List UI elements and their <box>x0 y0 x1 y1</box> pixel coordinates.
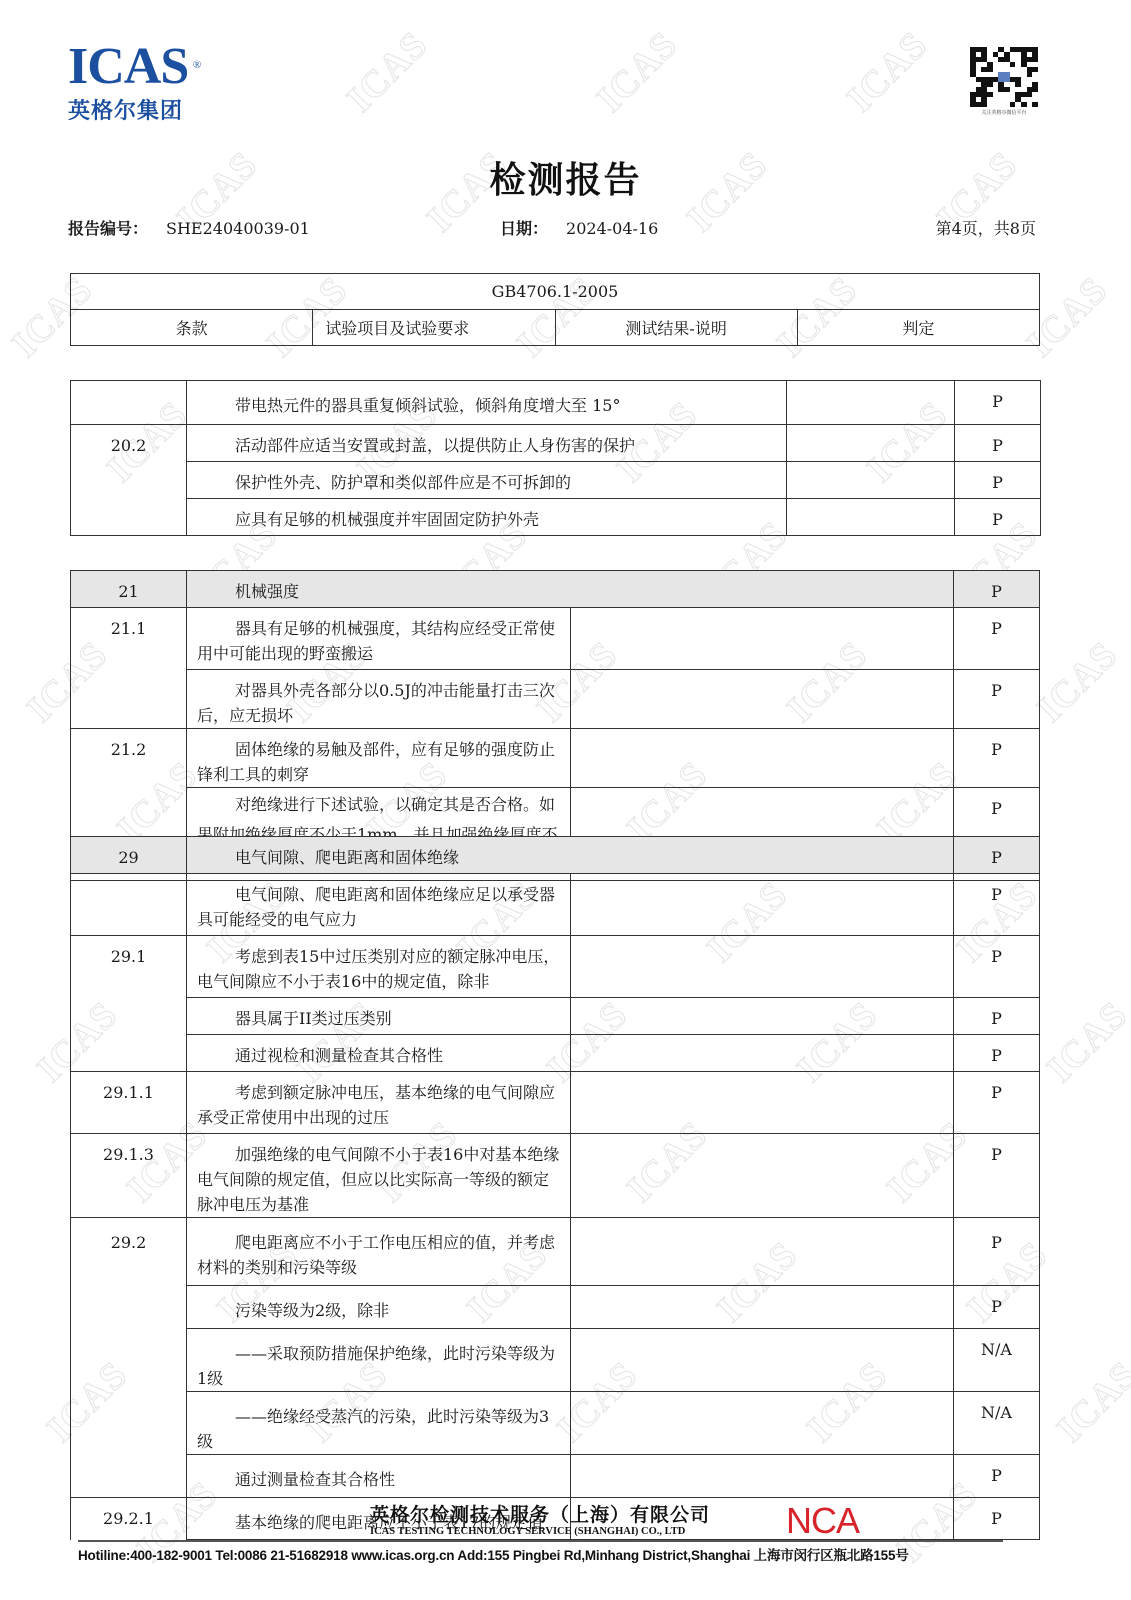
result-cell <box>570 1035 954 1072</box>
requirement-text: 污染等级为2级，除非 <box>197 1298 562 1323</box>
result-cell <box>570 729 954 788</box>
report-date: 日期：2024-04-16 <box>500 216 658 239</box>
requirement-cell: 应具有足够的机械强度并牢固固定防护外壳 <box>187 499 787 536</box>
section-title: 机械强度 <box>187 571 954 608</box>
requirement-cell: 固体绝缘的易触及部件，应有足够的强度防止锋利工具的刺穿 <box>187 729 571 788</box>
qr-caption: 关注英格尔微信平台 <box>970 109 1038 116</box>
table-row: 29.1.1 考虑到额定脉冲电压，基本绝缘的电气间隙应承受正常使用中出现的过压 … <box>71 1072 1040 1134</box>
section-row: 29 电气间隙、爬电距离和固体绝缘 P <box>71 837 1040 874</box>
verdict-cell: P <box>955 462 1041 499</box>
result-cell <box>570 1455 954 1498</box>
verdict-cell: P <box>955 499 1041 536</box>
logo-subtitle: 英格尔集团 <box>68 94 218 125</box>
requirement-cell: 通过视检和测量检查其合格性 <box>187 1035 571 1072</box>
nca-logo: NCA <box>786 1500 859 1542</box>
verdict-cell: P <box>954 729 1040 788</box>
requirement-cell: 加强绝缘的电气间隙不小于表16中对基本绝缘电气间隙的规定值，但应以比实际高一等级… <box>187 1134 571 1218</box>
table-row: 21.1 器具有足够的机械强度，其结构应经受正常使用中可能出现的野蛮搬运 P <box>71 608 1040 670</box>
verdict-cell: P <box>954 998 1040 1035</box>
verdict-cell: P <box>954 936 1040 998</box>
table-row: ——绝缘经受蒸汽的污染，此时污染等级为3级 N/A <box>71 1392 1040 1455</box>
icas-logo: ICAS ® 英格尔集团 <box>68 42 218 125</box>
column-header-requirement: 试验项目及试验要求 <box>313 310 555 346</box>
section-clause: 21 <box>71 571 187 608</box>
requirement-cell: ——绝缘经受蒸汽的污染，此时污染等级为3级 <box>187 1392 571 1455</box>
logo-text: ICAS <box>68 38 188 95</box>
clause-cell: 29.1 <box>71 936 187 1072</box>
watermark: ICAS <box>1028 633 1126 731</box>
requirement-cell: 器具有足够的机械强度，其结构应经受正常使用中可能出现的野蛮搬运 <box>187 608 571 670</box>
requirement-text: 考虑到额定脉冲电压，基本绝缘的电气间隙应承受正常使用中出现的过压 <box>197 1080 562 1130</box>
contact-info: Hotiline:400-182-9001 Tel:0086 21-516829… <box>78 1544 909 1564</box>
table-row: 应具有足够的机械强度并牢固固定防护外壳 P <box>71 499 1041 536</box>
page-header: ICAS ® 英格尔集团 关注英格尔微信平台 <box>0 0 1131 150</box>
result-cell <box>570 608 954 670</box>
requirement-cell: 考虑到表15中过压类别对应的额定脉冲电压，电气间隙应不小于表16中的规定值，除非 <box>187 936 571 998</box>
verdict-cell: P <box>954 670 1040 729</box>
clause-cell: 29.1.3 <box>71 1134 187 1218</box>
clause-table-20: 带电热元件的器具重复倾斜试验，倾斜角度增大至 15° P 20.2 活动部件应适… <box>70 380 1041 536</box>
verdict-cell: P <box>954 1072 1040 1134</box>
table-row: 通过测量检查其合格性 P <box>71 1455 1040 1498</box>
page-title: 检测报告 <box>0 152 1131 203</box>
result-cell <box>570 1072 954 1134</box>
requirement-text: 器具属于II类过压类别 <box>197 1006 562 1031</box>
column-header-clause: 条款 <box>71 310 313 346</box>
result-cell <box>787 462 955 499</box>
requirement-cell: 器具属于II类过压类别 <box>187 998 571 1035</box>
table-row: 电气间隙、爬电距离和固体绝缘应足以承受器具可能经受的电气应力 P <box>71 874 1040 936</box>
verdict-cell: P <box>954 1218 1040 1286</box>
result-cell <box>570 1134 954 1218</box>
page-info: 第4页，共8页 <box>936 216 1036 239</box>
page-footer: 英格尔检测技术服务（上海）有限公司 ICAS TESTING TECHNOLOG… <box>0 1498 1131 1600</box>
requirement-text: 加强绝缘的电气间隙不小于表16中对基本绝缘电气间隙的规定值，但应以比实际高一等级… <box>197 1142 562 1217</box>
result-cell <box>570 1329 954 1392</box>
logo-mark: ICAS ® <box>68 42 188 92</box>
verdict-cell: P <box>954 1134 1040 1218</box>
requirement-text: 通过测量检查其合格性 <box>197 1467 562 1492</box>
standard-label: GB4706.1-2005 <box>71 274 1040 310</box>
requirement-text: 通过视检和测量检查其合格性 <box>197 1043 562 1068</box>
section-row: 21 机械强度 P <box>71 571 1040 608</box>
qr-code-icon <box>970 47 1038 107</box>
table-header: GB4706.1-2005 条款 试验项目及试验要求 测试结果-说明 判定 <box>70 273 1040 346</box>
registered-icon: ® <box>193 40 200 90</box>
table-row: 器具属于II类过压类别 P <box>71 998 1040 1035</box>
clause-cell: 20.2 <box>71 425 187 536</box>
requirement-text: 带电热元件的器具重复倾斜试验，倾斜角度增大至 15° <box>197 393 778 418</box>
table-row: 29.2 爬电距离应不小于工作电压相应的值，并考虑材料的类别和污染等级 P <box>71 1218 1040 1286</box>
clause-cell <box>71 381 187 425</box>
result-cell <box>570 936 954 998</box>
result-cell <box>570 1286 954 1329</box>
result-cell <box>570 1218 954 1286</box>
table-row: 污染等级为2级，除非 P <box>71 1286 1040 1329</box>
watermark: ICAS <box>1038 993 1131 1091</box>
requirement-text: 对器具外壳各部分以0.5J的冲击能量打击三次后，应无损坏 <box>197 678 562 728</box>
requirement-cell: 爬电距离应不小于工作电压相应的值，并考虑材料的类别和污染等级 <box>187 1218 571 1286</box>
verdict-cell: P <box>955 425 1041 462</box>
requirement-text: 活动部件应适当安置或封盖，以提供防止人身伤害的保护 <box>197 433 778 458</box>
table-row: 20.2 活动部件应适当安置或封盖，以提供防止人身伤害的保护 P <box>71 425 1041 462</box>
requirement-text: 器具有足够的机械强度，其结构应经受正常使用中可能出现的野蛮搬运 <box>197 616 562 666</box>
company-name-cn: 英格尔检测技术服务（上海）有限公司 <box>370 1500 710 1527</box>
date-value: 2024-04-16 <box>566 219 658 238</box>
verdict-cell: N/A <box>954 1392 1040 1455</box>
result-cell <box>570 670 954 729</box>
section-title-text: 电气间隙、爬电距离和固体绝缘 <box>197 845 953 870</box>
report-meta: 报告编号：SHE24040039-01 日期：2024-04-16 第4页，共8… <box>0 216 1131 242</box>
watermark: ICAS <box>1048 1353 1131 1451</box>
requirement-cell: 对器具外壳各部分以0.5J的冲击能量打击三次后，应无损坏 <box>187 670 571 729</box>
requirement-text: ——采取预防措施保护绝缘，此时污染等级为1级 <box>197 1341 562 1391</box>
requirement-cell: 污染等级为2级，除非 <box>187 1286 571 1329</box>
report-number-label: 报告编号： <box>68 219 148 238</box>
section-verdict: P <box>954 837 1040 874</box>
verdict-cell: P <box>954 874 1040 936</box>
clause-table-29: 29 电气间隙、爬电距离和固体绝缘 P 电气间隙、爬电距离和固体绝缘应足以承受器… <box>70 836 1040 1540</box>
requirement-cell: 通过测量检查其合格性 <box>187 1455 571 1498</box>
requirement-cell: ——采取预防措施保护绝缘，此时污染等级为1级 <box>187 1329 571 1392</box>
verdict-cell: P <box>955 381 1041 425</box>
requirement-cell: 考虑到额定脉冲电压，基本绝缘的电气间隙应承受正常使用中出现的过压 <box>187 1072 571 1134</box>
requirement-text: 爬电距离应不小于工作电压相应的值，并考虑材料的类别和污染等级 <box>197 1230 562 1280</box>
table-row: 通过视检和测量检查其合格性 P <box>71 1035 1040 1072</box>
result-cell <box>570 998 954 1035</box>
column-header-result: 测试结果-说明 <box>555 310 797 346</box>
requirement-text: ——绝缘经受蒸汽的污染，此时污染等级为3级 <box>197 1404 562 1454</box>
clause-cell: 29.1.1 <box>71 1072 187 1134</box>
section-title: 电气间隙、爬电距离和固体绝缘 <box>187 837 954 874</box>
verdict-cell: N/A <box>954 1329 1040 1392</box>
verdict-cell: P <box>954 1455 1040 1498</box>
qr-code: 关注英格尔微信平台 <box>970 47 1038 115</box>
result-cell <box>787 425 955 462</box>
requirement-cell: 保护性外壳、防护罩和类似部件应是不可拆卸的 <box>187 462 787 499</box>
section-title-text: 机械强度 <box>197 579 953 604</box>
result-cell <box>570 874 954 936</box>
report-number: 报告编号：SHE24040039-01 <box>68 216 310 239</box>
result-cell <box>570 1392 954 1455</box>
requirement-cell: 电气间隙、爬电距离和固体绝缘应足以承受器具可能经受的电气应力 <box>187 874 571 936</box>
clause-cell: 21.1 <box>71 608 187 729</box>
table-row: 29.1.3 加强绝缘的电气间隙不小于表16中对基本绝缘电气间隙的规定值，但应以… <box>71 1134 1040 1218</box>
table-row: 对器具外壳各部分以0.5J的冲击能量打击三次后，应无损坏 P <box>71 670 1040 729</box>
clause-table-21: 21 机械强度 P 21.1 器具有足够的机械强度，其结构应经受正常使用中可能出… <box>70 570 1040 881</box>
table-row: ——采取预防措施保护绝缘，此时污染等级为1级 N/A <box>71 1329 1040 1392</box>
column-header-verdict: 判定 <box>797 310 1039 346</box>
table-row: 带电热元件的器具重复倾斜试验，倾斜角度增大至 15° P <box>71 381 1041 425</box>
table-row: 21.2 固体绝缘的易触及部件，应有足够的强度防止锋利工具的刺穿 P <box>71 729 1040 788</box>
date-label: 日期： <box>500 219 548 238</box>
verdict-cell: P <box>954 1286 1040 1329</box>
result-cell <box>787 381 955 425</box>
footer-divider <box>78 1540 1003 1542</box>
requirement-text: 保护性外壳、防护罩和类似部件应是不可拆卸的 <box>197 470 778 495</box>
verdict-cell: P <box>954 608 1040 670</box>
table-row: 29.1 考虑到表15中过压类别对应的额定脉冲电压，电气间隙应不小于表16中的规… <box>71 936 1040 998</box>
requirement-text: 固体绝缘的易触及部件，应有足够的强度防止锋利工具的刺穿 <box>197 737 562 787</box>
requirement-text: 应具有足够的机械强度并牢固固定防护外壳 <box>197 507 778 532</box>
company-name-en: ICAS TESTING TECHNOLOGY SERVICE (SHANGHA… <box>370 1526 685 1537</box>
section-verdict: P <box>954 571 1040 608</box>
clause-cell: 29.2 <box>71 1218 187 1498</box>
clause-cell <box>71 874 187 936</box>
section-clause: 29 <box>71 837 187 874</box>
report-number-value: SHE24040039-01 <box>166 219 310 238</box>
requirement-text: 电气间隙、爬电距离和固体绝缘应足以承受器具可能经受的电气应力 <box>197 882 562 932</box>
requirement-cell: 活动部件应适当安置或封盖，以提供防止人身伤害的保护 <box>187 425 787 462</box>
result-cell <box>787 499 955 536</box>
requirement-cell: 带电热元件的器具重复倾斜试验，倾斜角度增大至 15° <box>187 381 787 425</box>
requirement-text: 考虑到表15中过压类别对应的额定脉冲电压，电气间隙应不小于表16中的规定值，除非 <box>197 944 562 994</box>
table-row: 保护性外壳、防护罩和类似部件应是不可拆卸的 P <box>71 462 1041 499</box>
verdict-cell: P <box>954 1035 1040 1072</box>
